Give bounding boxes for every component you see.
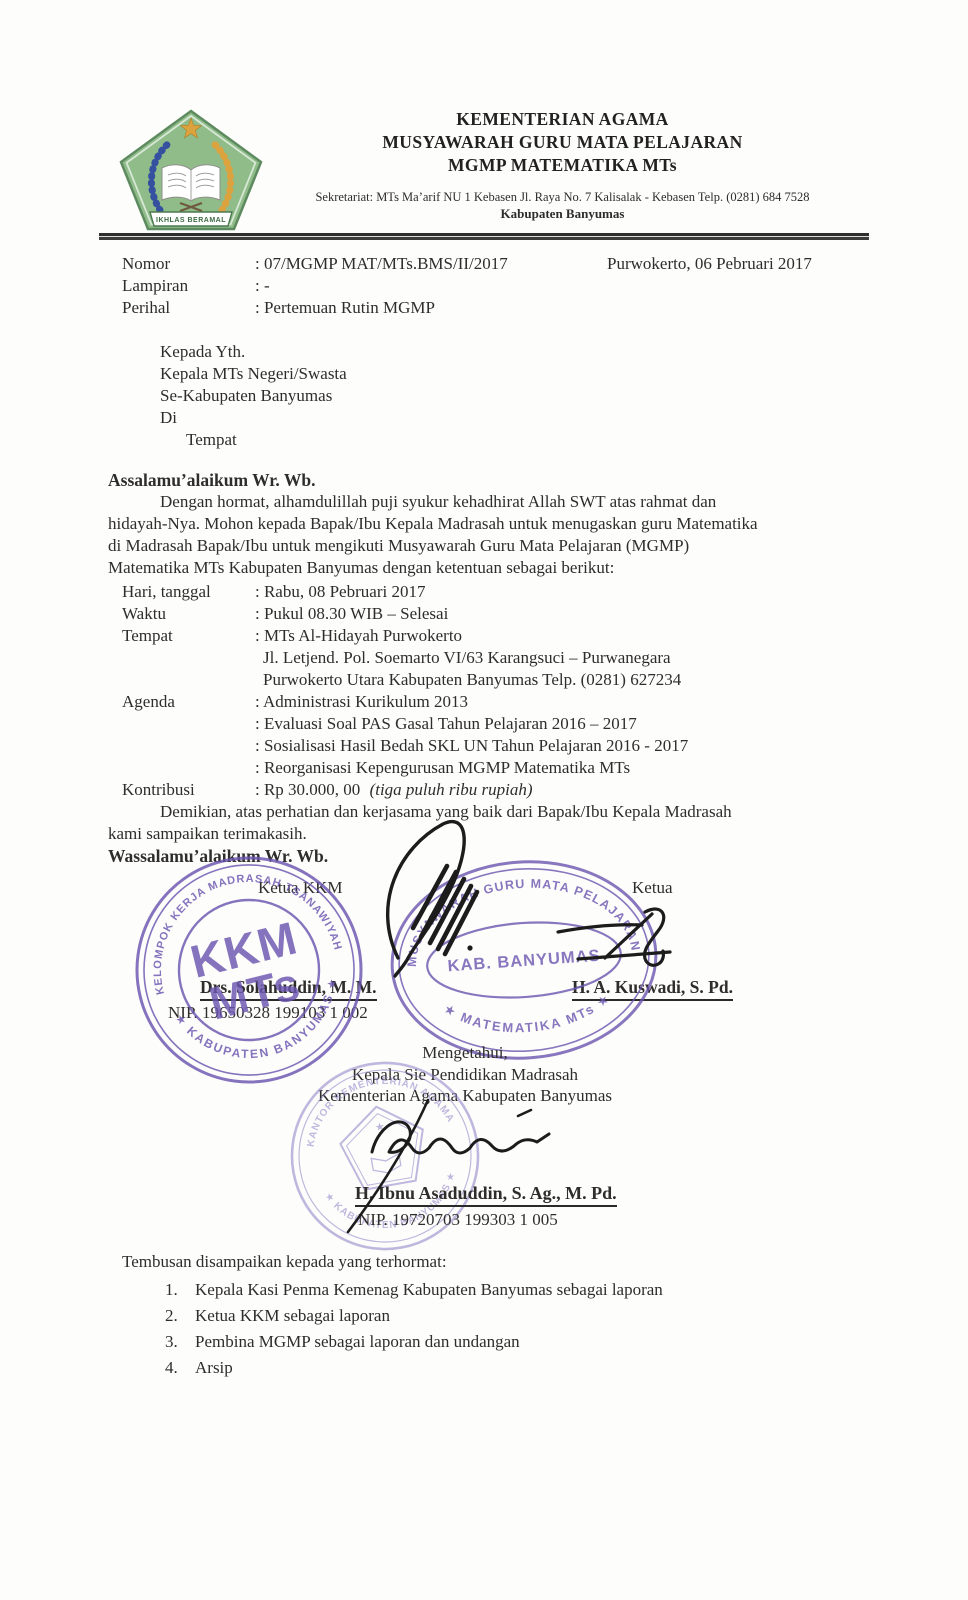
secretariat-line: Sekretariat: MTs Ma’arif NU 1 Kebasen Jl…	[255, 190, 870, 205]
nomor-value: : 07/MGMP MAT/MTs.BMS/II/2017	[255, 254, 508, 274]
signature-right	[558, 909, 670, 965]
scanned-letter: IKHLAS BERAMAL KEMENTERIAN AGAMA MUSYAWA…	[0, 0, 968, 1600]
detail-value: Jl. Letjend. Pol. Soemarto VI/63 Karangs…	[263, 648, 671, 668]
left-signatory-title: Ketua KKM	[258, 878, 343, 898]
ministry-name: KEMENTERIAN AGAMA	[255, 109, 870, 130]
right-signatory-name: H. A. Kuswadi, S. Pd.	[572, 977, 733, 1001]
body-line: Dengan hormat, alhamdulillah puji syukur…	[160, 492, 716, 512]
recipient-line: Di	[160, 408, 177, 428]
detail-label: Agenda	[122, 692, 175, 712]
kemenag-stamp-star-icon: ★	[374, 1121, 386, 1135]
detail-value: : Administrasi Kurikulum 2013	[255, 692, 468, 712]
mgmp-stamp-band-text: KAB. BANYUMAS	[447, 947, 601, 976]
approval-name: H. Ibnu Asaduddin, S. Ag., M. Pd.	[355, 1183, 617, 1207]
opening-salutation: Assalamu’alaikum Wr. Wb.	[108, 470, 315, 491]
unit-name: MGMP MATEMATIKA MTs	[255, 155, 870, 176]
detail-value: : Sosialisasi Hasil Bedah SKL UN Tahun P…	[255, 736, 688, 756]
tembusan-heading: Tembusan disampaikan kepada yang terhorm…	[122, 1252, 447, 1272]
tembusan-item: Pembina MGMP sebagai laporan dan undanga…	[195, 1332, 520, 1352]
approval-line: Mengetahui,	[250, 1042, 680, 1064]
closing-line: Demikian, atas perhatian dan kerjasama y…	[160, 802, 732, 822]
mgmp-stamp: MUSYAWARAH GURU MATA PELAJARAN ★ MATEMAT…	[379, 849, 669, 1072]
tembusan-item: Arsip	[195, 1358, 233, 1378]
right-signatory-title: Ketua	[632, 878, 673, 898]
letterhead-text: KEMENTERIAN AGAMA MUSYAWARAH GURU MATA P…	[255, 109, 870, 222]
lampiran-value: : -	[255, 276, 270, 296]
svg-text:MUSYAWARAH GURU MATA PELAJARAN: MUSYAWARAH GURU MATA PELAJARAN	[399, 869, 643, 968]
body-line: Matematika MTs Kabupaten Banyumas dengan…	[108, 558, 614, 578]
letterhead-rule	[99, 233, 869, 240]
recipient-line: Se-Kabupaten Banyumas	[160, 386, 332, 406]
detail-value: : Rp 30.000, 00 (tiga puluh ribu rupiah)	[255, 780, 532, 800]
detail-value: Purwokerto Utara Kabupaten Banyumas Telp…	[263, 670, 681, 690]
regency-line: Kabupaten Banyumas	[255, 206, 870, 222]
tembusan-item-no: 2.	[165, 1306, 178, 1326]
approval-nip: NIP. 19720703 199303 1 005	[358, 1210, 558, 1230]
detail-label: Hari, tanggal	[122, 582, 211, 602]
detail-value: : Rabu, 08 Pebruari 2017	[255, 582, 425, 602]
closing-line: kami sampaikan terimakasih.	[108, 824, 307, 844]
mgmp-stamp-top-arc: MUSYAWARAH GURU MATA PELAJARAN	[399, 869, 643, 968]
approval-line: Kementerian Agama Kabupaten Banyumas	[250, 1085, 680, 1107]
detail-value: : MTs Al-Hidayah Purwokerto	[255, 626, 462, 646]
detail-value: : Pukul 08.30 WIB – Selesai	[255, 604, 448, 624]
tembusan-item-no: 3.	[165, 1332, 178, 1352]
left-signatory-nip: NIP. 19650328 199103 1 002	[168, 1003, 368, 1023]
approval-heading: Mengetahui, Kepala Sie Pendidikan Madras…	[250, 1042, 680, 1107]
recipient-line: Tempat	[186, 430, 237, 450]
tembusan-item: Ketua KKM sebagai laporan	[195, 1306, 390, 1326]
kemenag-logo: IKHLAS BERAMAL	[116, 106, 266, 234]
lampiran-label: Lampiran	[122, 276, 188, 296]
city-date: Purwokerto, 06 Pebruari 2017	[607, 254, 812, 274]
svg-text:KELOMPOK KERJA MADRASAH TSANAW: KELOMPOK KERJA MADRASAH TSANAWIYAH	[131, 852, 344, 996]
nomor-label: Nomor	[122, 254, 170, 274]
kontribusi-amount-words: (tiga puluh ribu rupiah)	[370, 780, 533, 799]
kemenag-stamp-book-icon	[371, 1154, 402, 1176]
closing-salutation: Wassalamu’alaikum Wr. Wb.	[108, 846, 328, 867]
tembusan-item-no: 4.	[165, 1358, 178, 1378]
perihal-label: Perihal	[122, 298, 170, 318]
kontribusi-amount: : Rp 30.000, 00	[255, 780, 360, 799]
signature-left	[388, 822, 477, 976]
recipient-line: Kepada Yth.	[160, 342, 245, 362]
body-line: di Madrasah Bapak/Ibu untuk mengikuti Mu…	[108, 536, 689, 556]
detail-label: Kontribusi	[122, 780, 195, 800]
detail-label: Waktu	[122, 604, 166, 624]
kkm-stamp-top-arc: KELOMPOK KERJA MADRASAH TSANAWIYAH	[131, 852, 344, 996]
left-signatory-name: Drs. Solahuddin, M. M.	[200, 977, 377, 1001]
perihal-value: : Pertemuan Rutin MGMP	[255, 298, 435, 318]
tembusan-item-no: 1.	[165, 1280, 178, 1300]
logo-motto-text: IKHLAS BERAMAL	[156, 217, 226, 224]
detail-value: : Evaluasi Soal PAS Gasal Tahun Pelajara…	[255, 714, 637, 734]
tembusan-item: Kepala Kasi Penma Kemenag Kabupaten Bany…	[195, 1280, 663, 1300]
recipient-line: Kepala MTs Negeri/Swasta	[160, 364, 347, 384]
body-line: hidayah-Nya. Mohon kepada Bapak/Ibu Kepa…	[108, 514, 758, 534]
organization-name: MUSYAWARAH GURU MATA PELAJARAN	[255, 132, 870, 153]
detail-value: : Reorganisasi Kepengurusan MGMP Matemat…	[255, 758, 630, 778]
detail-label: Tempat	[122, 626, 173, 646]
approval-line: Kepala Sie Pendidikan Madrasah	[250, 1064, 680, 1086]
